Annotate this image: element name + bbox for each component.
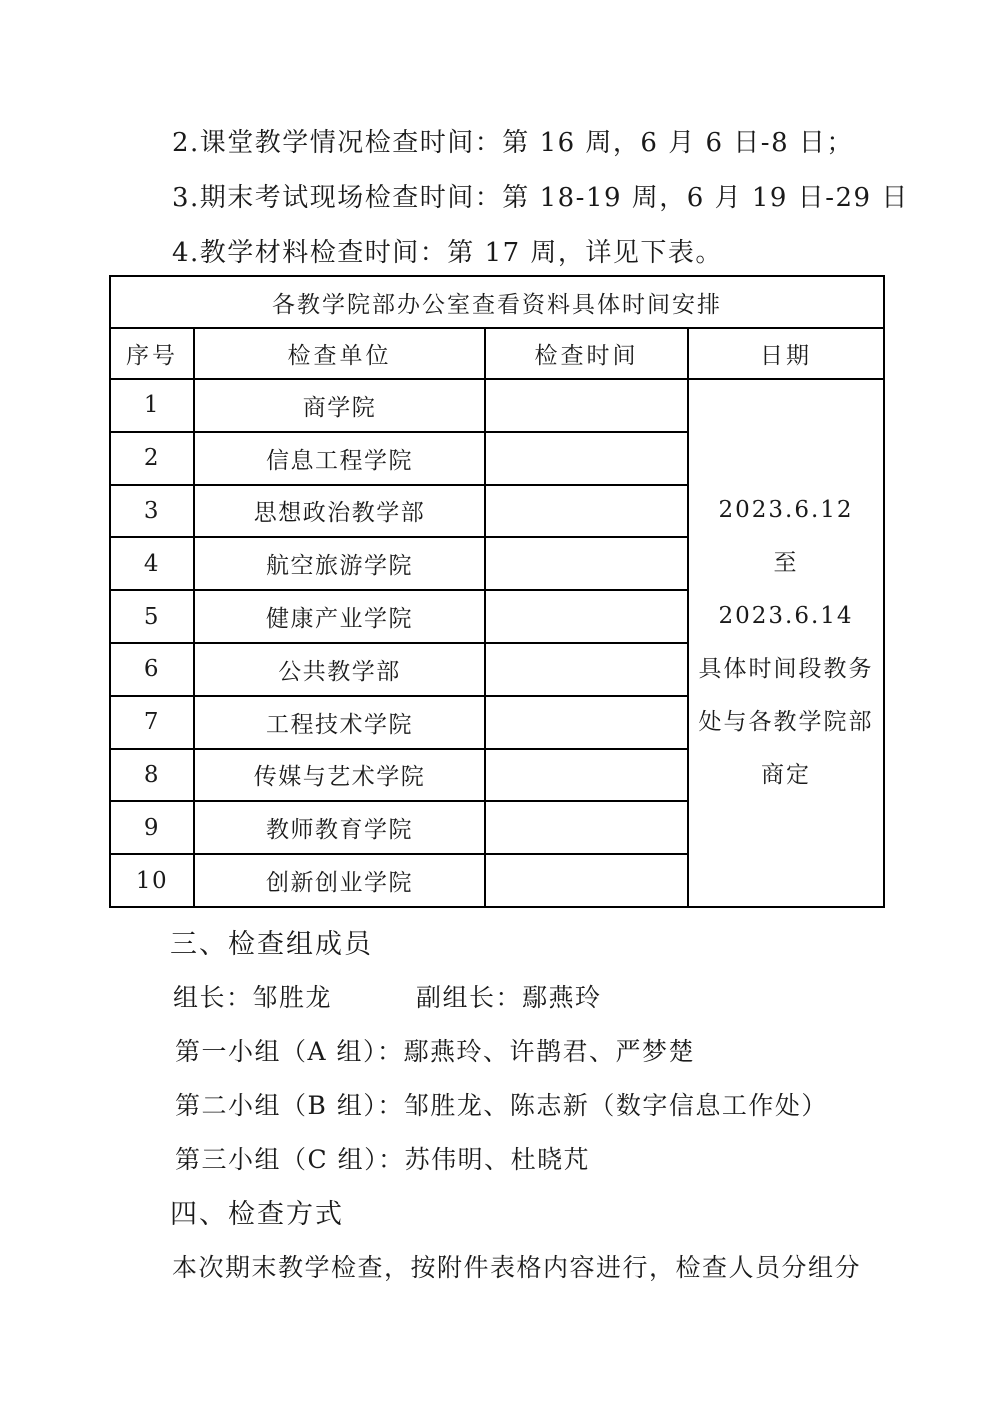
group-b-line: 第二小组（B 组）：邹胜龙、陈志新（数字信息工作处） xyxy=(175,1086,828,1122)
row-unit: 航空旅游学院 xyxy=(194,537,485,590)
column-header-unit: 检查单位 xyxy=(194,328,485,379)
column-header-no: 序号 xyxy=(110,328,194,379)
row-unit: 健康产业学院 xyxy=(194,590,485,643)
row-no: 2 xyxy=(110,432,194,485)
row-unit: 商学院 xyxy=(194,379,485,432)
group-c-line: 第三小组（C 组）：苏伟明、杜晓芃 xyxy=(175,1140,590,1176)
row-time xyxy=(485,485,688,538)
merged-date-cell: 2023.6.12 至 2023.6.14 具体时间段教务 处与各教学院部 商定 xyxy=(688,379,884,907)
row-no: 4 xyxy=(110,537,194,590)
group-a-line: 第一小组（A 组）：鄢燕玲、许鹊君、严梦楚 xyxy=(175,1032,695,1068)
intro-line-classroom-check: 2.课堂教学情况检查时间：第 16 周，6 月 6 日-8 日； xyxy=(172,116,909,171)
group-leader: 组长：邹胜龙 xyxy=(173,983,332,1012)
intro-paragraphs: 2.课堂教学情况检查时间：第 16 周，6 月 6 日-8 日； 3.期末考试现… xyxy=(172,116,909,281)
column-header-time: 检查时间 xyxy=(485,328,688,379)
row-no: 9 xyxy=(110,801,194,854)
row-unit: 工程技术学院 xyxy=(194,696,485,749)
date-line: 2023.6.12 xyxy=(689,484,883,537)
table-header-row: 序号 检查单位 检查时间 日期 xyxy=(110,328,884,379)
row-time xyxy=(485,432,688,485)
section-4-paragraph: 本次期末教学检查，按附件表格内容进行，检查人员分组分 xyxy=(172,1248,861,1284)
schedule-table: 各教学院部办公室查看资料具体时间安排 序号 检查单位 检查时间 日期 1 商学院… xyxy=(109,275,885,908)
row-time xyxy=(485,749,688,802)
row-no: 8 xyxy=(110,749,194,802)
row-no: 6 xyxy=(110,643,194,696)
section-3-heading: 三、检查组成员 xyxy=(170,922,373,961)
date-line: 至 xyxy=(689,537,883,590)
date-line: 商定 xyxy=(689,749,883,802)
row-time xyxy=(485,854,688,907)
deputy-group-leader: 副组长：鄢燕玲 xyxy=(416,983,602,1012)
intro-line-material-check: 4.教学材料检查时间：第 17 周，详见下表。 xyxy=(172,226,909,281)
section-4-heading: 四、检查方式 xyxy=(170,1192,344,1231)
row-time xyxy=(485,379,688,432)
table-title: 各教学院部办公室查看资料具体时间安排 xyxy=(110,276,884,328)
row-no: 10 xyxy=(110,854,194,907)
table-title-row: 各教学院部办公室查看资料具体时间安排 xyxy=(110,276,884,328)
column-header-date: 日期 xyxy=(688,328,884,379)
row-unit: 公共教学部 xyxy=(194,643,485,696)
row-unit: 教师教育学院 xyxy=(194,801,485,854)
intro-line-exam-check: 3.期末考试现场检查时间：第 18-19 周，6 月 19 日-29 日 xyxy=(172,171,909,226)
row-no: 1 xyxy=(110,379,194,432)
row-no: 3 xyxy=(110,485,194,538)
date-line: 2023.6.14 xyxy=(689,590,883,643)
row-unit: 信息工程学院 xyxy=(194,432,485,485)
row-time xyxy=(485,696,688,749)
row-unit: 传媒与艺术学院 xyxy=(194,749,485,802)
leaders-line: 组长：邹胜龙副组长：鄢燕玲 xyxy=(173,978,602,1014)
date-line: 处与各教学院部 xyxy=(689,696,883,749)
row-no: 5 xyxy=(110,590,194,643)
row-no: 7 xyxy=(110,696,194,749)
document-page: 2.课堂教学情况检查时间：第 16 周，6 月 6 日-8 日； 3.期末考试现… xyxy=(0,0,992,1403)
row-time xyxy=(485,801,688,854)
row-time xyxy=(485,537,688,590)
row-unit: 思想政治教学部 xyxy=(194,485,485,538)
row-unit: 创新创业学院 xyxy=(194,854,485,907)
date-line: 具体时间段教务 xyxy=(689,643,883,696)
row-time xyxy=(485,643,688,696)
row-time xyxy=(485,590,688,643)
table-row: 1 商学院 2023.6.12 至 2023.6.14 具体时间段教务 处与各教… xyxy=(110,379,884,432)
